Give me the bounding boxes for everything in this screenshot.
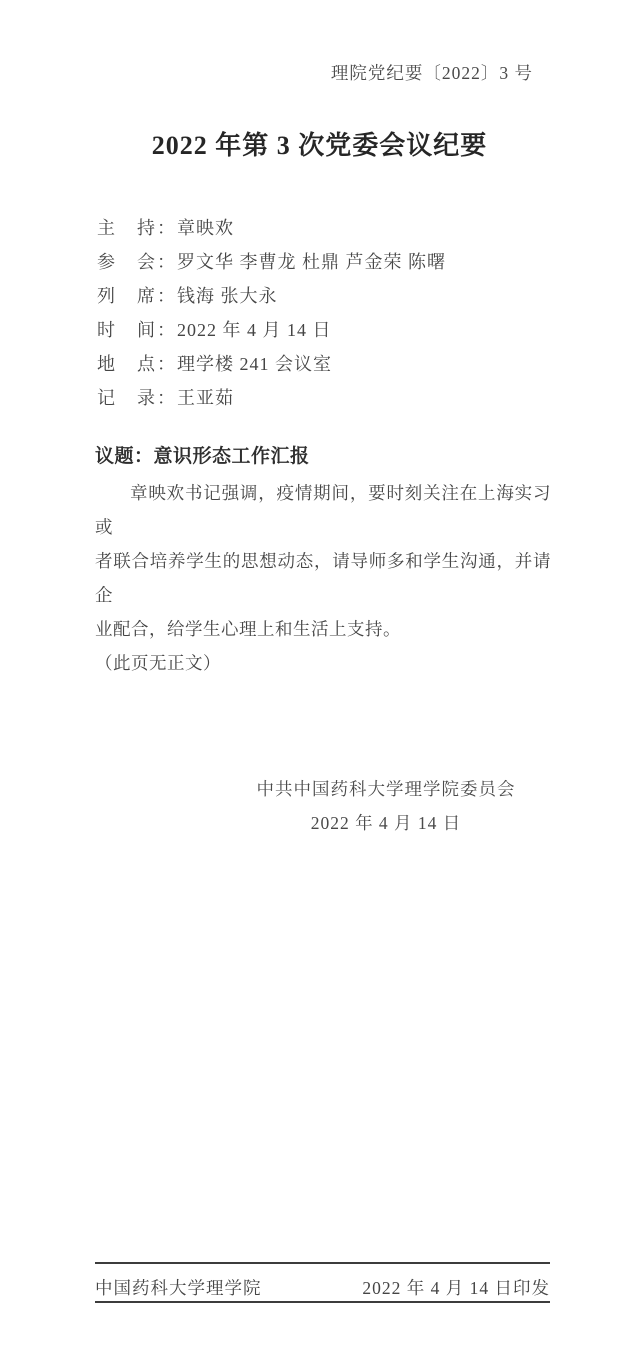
meta-row-recorder: 记 录：王亚茹 [97,381,550,415]
footer: 中国药科大学理学院 2022 年 4 月 14 日印发 [95,1262,550,1303]
document-page: 理院党纪要〔2022〕3 号 2022 年第 3 次党委会议纪要 主 持：章映欢… [0,0,639,1363]
body-paragraph: 章映欢书记强调，疫情期间，要时刻关注在上海实习或 者联合培养学生的思想动态，请导… [95,476,551,680]
meta-label-observers: 列 席： [97,286,177,306]
meta-value-recorder: 王亚茹 [177,388,234,408]
meta-value-time: 2022 年 4 月 14 日 [177,320,332,340]
footer-issuer: 中国药科大学理学院 [95,1275,262,1301]
meta-label-location: 地 点： [97,354,177,374]
meta-value-location: 理学楼 241 会议室 [177,354,332,374]
meta-row-time: 时 间：2022 年 4 月 14 日 [97,313,550,347]
signature-date: 2022 年 4 月 14 日 [133,806,639,840]
meta-label-host: 主 持： [97,218,177,238]
meta-label-time: 时 间： [97,320,177,340]
meta-value-host: 章映欢 [177,218,234,238]
meta-block: 主 持：章映欢 参 会：罗文华 李曹龙 杜鼎 芦金荣 陈曙 列 席：钱海 张大永… [97,211,550,415]
topic-heading: 议题：意识形态工作汇报 [95,444,551,470]
signature-block: 中共中国药科大学理学院委员会 2022 年 4 月 14 日 [133,772,639,840]
meta-label-attendees: 参 会： [97,252,177,272]
paragraph-line: 者联合培养学生的思想动态，请导师多和学生沟通，并请企 [95,544,551,612]
meta-value-observers: 钱海 张大永 [177,286,278,306]
meta-row-observers: 列 席：钱海 张大永 [97,279,550,313]
footer-issue-date: 2022 年 4 月 14 日印发 [362,1275,550,1301]
meta-label-recorder: 记 录： [97,388,177,408]
no-body-text-note: （此页无正文） [95,646,551,680]
footer-row: 中国药科大学理学院 2022 年 4 月 14 日印发 [95,1275,550,1303]
paragraph-line: 业配合，给学生心理上和生活上支持。 [95,612,551,646]
doc-number: 理院党纪要〔2022〕3 号 [331,61,533,85]
paragraph-line: 章映欢书记强调，疫情期间，要时刻关注在上海实习或 [95,476,551,544]
signature-org: 中共中国药科大学理学院委员会 [133,772,639,806]
meta-row-location: 地 点：理学楼 241 会议室 [97,347,550,381]
meta-row-host: 主 持：章映欢 [97,211,550,245]
meta-row-attendees: 参 会：罗文华 李曹龙 杜鼎 芦金荣 陈曙 [97,245,550,279]
meta-value-attendees: 罗文华 李曹龙 杜鼎 芦金荣 陈曙 [177,252,446,272]
doc-title: 2022 年第 3 次党委会议纪要 [0,128,639,164]
